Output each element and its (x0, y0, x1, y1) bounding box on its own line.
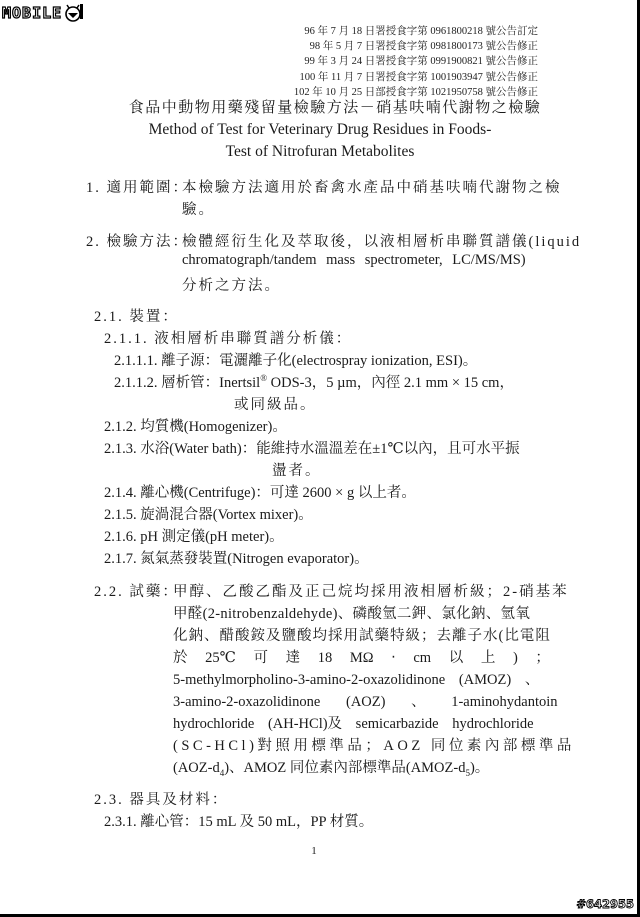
document-title: 食品中動物用藥殘留量檢驗方法－硝基呋喃代謝物之檢驗 Method of Test… (0, 97, 640, 163)
reagents-line-5: 5-methylmorpholino-3-amino-2-oxazolidino… (173, 668, 539, 689)
section-2-text: 檢體經衍生化及萃取後，以液相層析串聯質譜儀(liquid (182, 230, 581, 251)
revision-line: 99 年 3 月 24 日署授食字第 0991900821 號公告修正 (294, 54, 538, 69)
logo-text: MOBILE (2, 4, 62, 22)
section-2-text-cont-2: 分析之方法。 (182, 274, 281, 295)
item-2-1-7: 2.1.7. 氮氣蒸發裝置(Nitrogen evaporator)。 (104, 547, 369, 568)
title-english-line-2: Test of Nitrofuran Metabolites (0, 141, 640, 163)
reagents-line-9: (AOZ-d4)、AMOZ 同位素內部標準品(AMOZ-d5)。 (173, 756, 489, 778)
item-2-1-3-cont: 盪者。 (272, 459, 322, 480)
item-2-1-1-2-text-b: ODS-3，5 µm，內徑 2.1 mm × 15 cm， (267, 375, 514, 391)
site-watermark-logo: MOBILE (2, 2, 84, 24)
item-2-1-5: 2.1.5. 旋渦混合器(Vortex mixer)。 (104, 503, 313, 524)
reagents-line-7: hydrochloride (AH-HCl)及 semicarbazide hy… (173, 712, 534, 733)
section-1-text-cont: 驗。 (182, 198, 215, 219)
reagents-line-4: 於 25℃ 可 達 18 MΩ ‧ cm 以 上 ) ； (173, 646, 550, 667)
reagents-line-6: 3-amino-2-oxazolidinone (AOZ) 、 1-aminoh… (173, 690, 558, 711)
section-2-1-label: 2.1. 裝置： (94, 305, 179, 326)
image-id-watermark: #642955 (576, 897, 634, 911)
revision-line: 98 年 5 月 7 日署授食字第 0981800173 號公告修正 (294, 39, 538, 54)
line-end: )。 (470, 760, 489, 776)
item-2-1-1-1: 2.1.1.1. 離子源：電灑離子化(electrospray ionizati… (114, 349, 477, 370)
item-2-1-1: 2.1.1. 液相層析串聯質譜分析儀： (104, 327, 352, 348)
aoz-d4-text: (AOZ-d (173, 760, 220, 776)
item-2-1-1-2-cont: 或同級品。 (234, 393, 317, 414)
title-english-line-1: Method of Test for Veterinary Drug Resid… (0, 119, 640, 141)
amoz-text: )、AMOZ 同位素內部標準品(AMOZ-d (224, 760, 465, 776)
title-chinese: 食品中動物用藥殘留量檢驗方法－硝基呋喃代謝物之檢驗 (30, 97, 640, 119)
revision-history: 96 年 7 月 18 日署授食字第 0961800218 號公告訂定 98 年… (294, 24, 538, 100)
reagents-line-8: (SC-HCl)對照用標準品；AOZ 同位素內部標準品 (173, 734, 575, 755)
section-2-3-label: 2.3. 器具及材料： (94, 788, 228, 809)
section-1-label: 1. 適用範圍： (86, 176, 189, 197)
reagents-line-2: 甲醛(2-nitrobenzaldehyde)、磷酸氫二鉀、氯化鈉、氫氧 (173, 602, 530, 623)
reagents-line-3: 化鈉、醋酸銨及鹽酸均採用試藥特級；去離子水(比電阻 (173, 624, 551, 645)
smiley-face-icon (64, 3, 84, 23)
item-2-3-1: 2.3.1. 離心管：15 mL 及 50 mL，PP 材質。 (104, 810, 373, 831)
page-number: 1 (0, 845, 628, 857)
item-2-1-1-2-text: 2.1.1.2. 層析管：Inertsil (114, 375, 260, 391)
revision-line: 96 年 7 月 18 日署授食字第 0961800218 號公告訂定 (294, 24, 538, 39)
item-2-1-4: 2.1.4. 離心機(Centrifuge)：可達 2600 × g 以上者。 (104, 481, 416, 502)
item-2-1-6: 2.1.6. pH 測定儀(pH meter)。 (104, 525, 284, 546)
section-2-text-cont: chromatograph/tandem mass spectrometer, … (182, 252, 526, 269)
item-2-1-2: 2.1.2. 均質機(Homogenizer)。 (104, 415, 287, 436)
section-2-label: 2. 檢驗方法： (86, 230, 189, 251)
item-2-1-3: 2.1.3. 水浴(Water bath)：能維持水溫溫差在±1℃以內，且可水平… (104, 437, 520, 458)
section-1-text: 本檢驗方法適用於畜禽水產品中硝基呋喃代謝物之檢 (182, 176, 562, 197)
section-2-2-label: 2.2. 試藥： (94, 580, 179, 601)
item-2-1-1-2: 2.1.1.2. 層析管：Inertsil® ODS-3，5 µm，內徑 2.1… (114, 371, 514, 392)
revision-line: 100 年 11 月 7 日署授食字第 1001903947 號公告修正 (294, 70, 538, 85)
reagents-line-1: 甲醇、乙酸乙酯及正己烷均採用液相層析級；2-硝基苯 (173, 580, 569, 601)
